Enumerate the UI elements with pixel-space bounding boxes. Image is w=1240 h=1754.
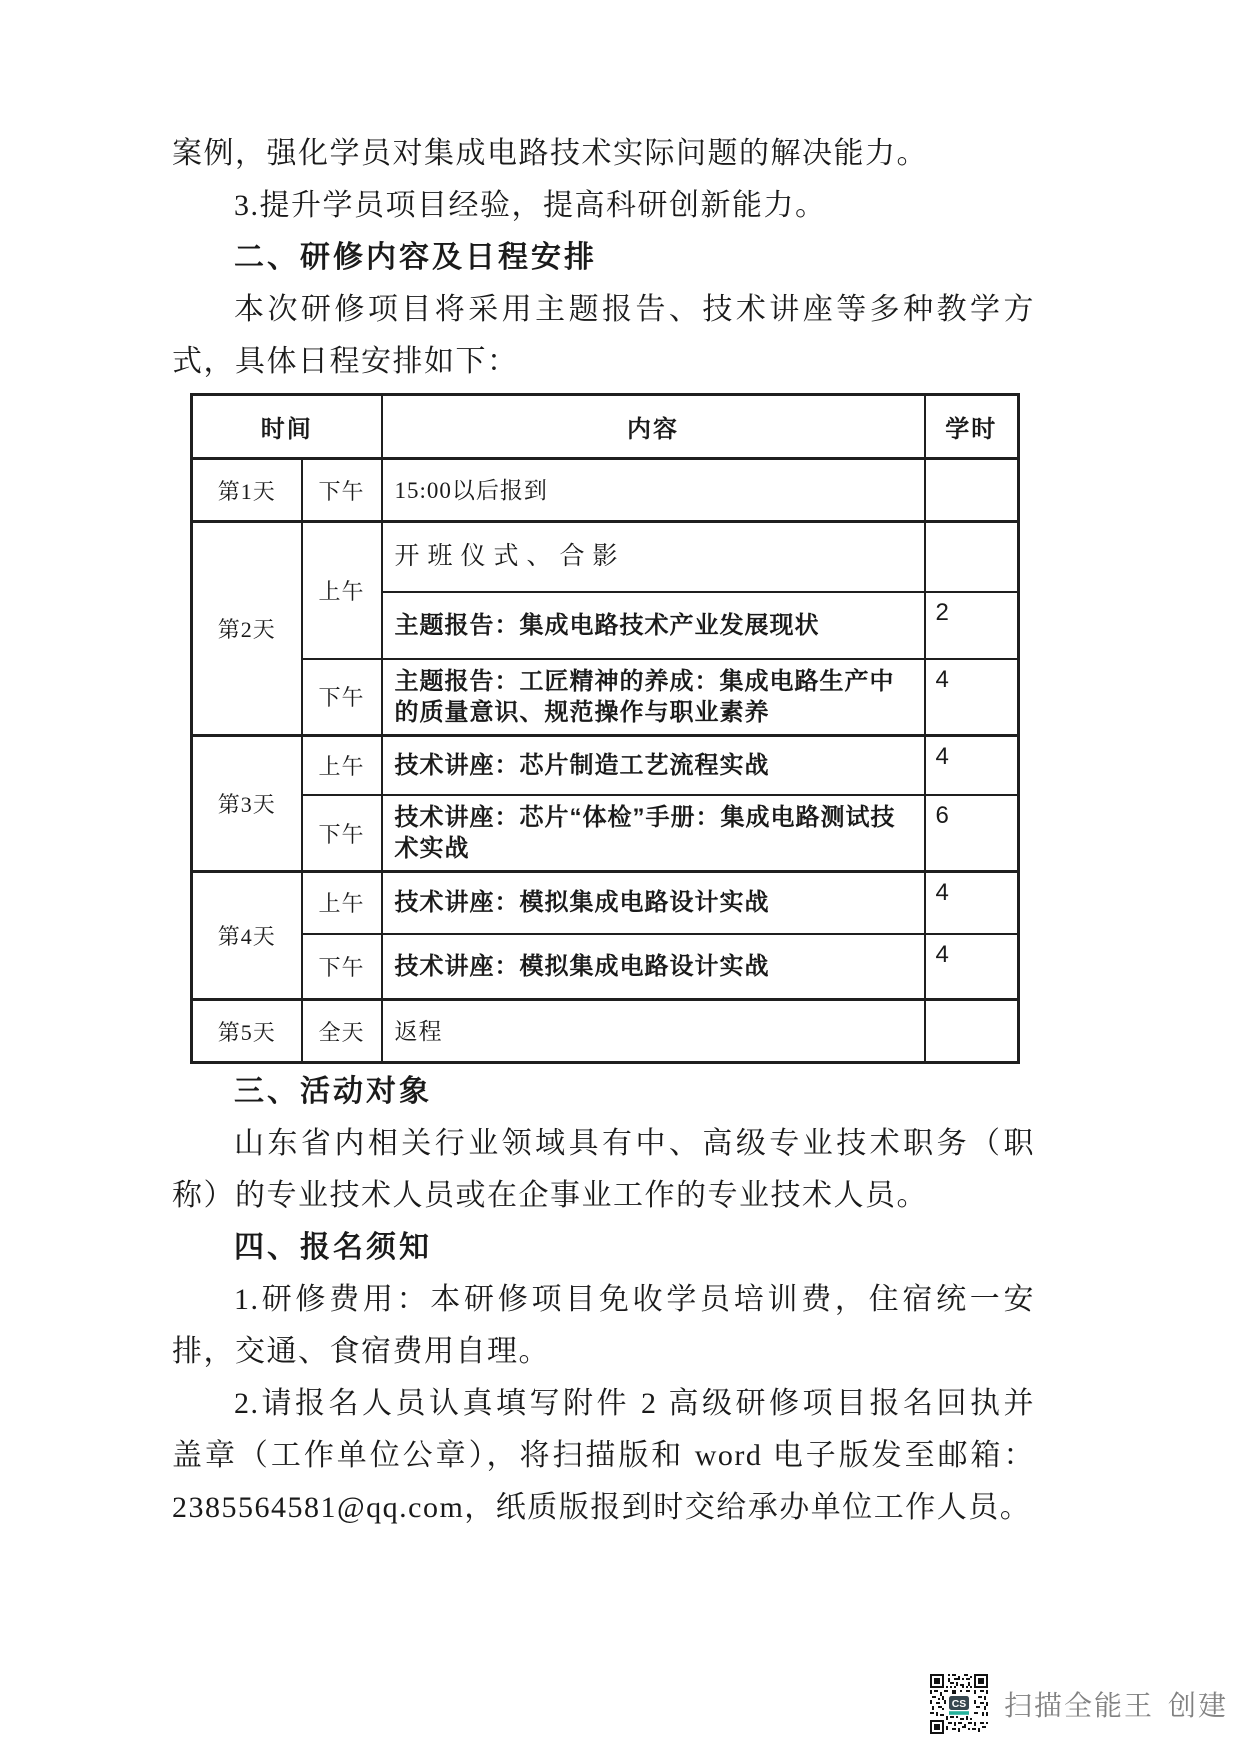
schedule-cell-hours bbox=[925, 1000, 1019, 1063]
schedule-table: 时间 内容 学时 第1天 下午 15:00以后报到 第2天 上午 开班仪式、合影… bbox=[190, 393, 1020, 1064]
schedule-cell-hours: 4 bbox=[925, 872, 1019, 934]
qr-cs-badge-label: CS bbox=[952, 1699, 967, 1710]
schedule-cell-content: 主题报告：集成电路技术产业发展现状 bbox=[382, 592, 925, 659]
schedule-cell-session: 上午 bbox=[302, 735, 382, 795]
schedule-cell-content: 技术讲座：模拟集成电路设计实战 bbox=[382, 934, 925, 1000]
body-line: 排，交通、食宿费用自理。 bbox=[172, 1326, 1035, 1378]
body-line: 案例，强化学员对集成电路技术实际问题的解决能力。 bbox=[172, 128, 1035, 180]
body-line: 1.研修费用：本研修项目免收学员培训费，住宿统一安 bbox=[172, 1274, 1035, 1326]
schedule-header-content: 内容 bbox=[382, 395, 925, 459]
scanned-document-page: 案例，强化学员对集成电路技术实际问题的解决能力。 3.提升学员项目经验，提高科研… bbox=[0, 0, 1240, 1754]
schedule-cell-hours: 4 bbox=[925, 934, 1019, 1000]
body-line: 式，具体日程安排如下： bbox=[172, 336, 1035, 388]
schedule-cell-content: 技术讲座：模拟集成电路设计实战 bbox=[382, 872, 925, 934]
schedule-cell-session: 下午 bbox=[302, 659, 382, 736]
body-line: 山东省内相关行业领域具有中、高级专业技术职务（职 bbox=[172, 1118, 1035, 1170]
body-line: 盖章（工作单位公章），将扫描版和 word 电子版发至邮箱： bbox=[172, 1430, 1035, 1482]
schedule-cell-day: 第5天 bbox=[192, 1000, 302, 1063]
schedule-cell-session: 全天 bbox=[302, 1000, 382, 1063]
schedule-cell-content: 开班仪式、合影 bbox=[382, 522, 925, 592]
schedule-cell-day: 第3天 bbox=[192, 735, 302, 872]
schedule-cell-session: 下午 bbox=[302, 795, 382, 872]
body-line: 3.提升学员项目经验，提高科研创新能力。 bbox=[172, 180, 1035, 232]
schedule-cell-session: 上午 bbox=[302, 522, 382, 659]
schedule-cell-hours bbox=[925, 522, 1019, 592]
schedule-cell-content: 15:00以后报到 bbox=[382, 459, 925, 522]
qr-code-icon: CS bbox=[930, 1674, 988, 1734]
schedule-cell-session: 上午 bbox=[302, 872, 382, 934]
section-heading-2: 二、研修内容及日程安排 bbox=[172, 232, 1035, 284]
body-line: 称）的专业技术人员或在企事业工作的专业技术人员。 bbox=[172, 1170, 1035, 1222]
qr-cs-badge-bar bbox=[949, 1711, 969, 1715]
watermark-created-label: 创建 bbox=[1168, 1684, 1228, 1724]
document-body: 案例，强化学员对集成电路技术实际问题的解决能力。 3.提升学员项目经验，提高科研… bbox=[0, 0, 1240, 1534]
schedule-cell-content: 技术讲座：芯片制造工艺流程实战 bbox=[382, 735, 925, 795]
schedule-cell-hours bbox=[925, 459, 1019, 522]
schedule-cell-content: 技术讲座：芯片“体检”手册：集成电路测试技术实战 bbox=[382, 795, 925, 872]
section-heading-3: 三、活动对象 bbox=[172, 1066, 1035, 1118]
schedule-header-time: 时间 bbox=[192, 395, 382, 459]
schedule-cell-day: 第2天 bbox=[192, 522, 302, 736]
body-line: 本次研修项目将采用主题报告、技术讲座等多种教学方 bbox=[172, 284, 1035, 336]
body-line: 2.请报名人员认真填写附件 2 高级研修项目报名回执并 bbox=[172, 1378, 1035, 1430]
schedule-cell-day: 第1天 bbox=[192, 459, 302, 522]
schedule-cell-hours: 2 bbox=[925, 592, 1019, 659]
schedule-cell-content: 返程 bbox=[382, 1000, 925, 1063]
watermark-app-name: 扫描全能王 bbox=[1004, 1684, 1154, 1724]
section-heading-4: 四、报名须知 bbox=[172, 1222, 1035, 1274]
body-line: 2385564581@qq.com，纸质版报到时交给承办单位工作人员。 bbox=[172, 1482, 1035, 1534]
schedule-cell-session: 下午 bbox=[302, 459, 382, 522]
camscanner-watermark: CS 扫描全能王 创建 bbox=[930, 1674, 1228, 1734]
schedule-cell-hours: 6 bbox=[925, 795, 1019, 872]
schedule-cell-day: 第4天 bbox=[192, 872, 302, 1000]
schedule-header-hours: 学时 bbox=[925, 395, 1019, 459]
schedule-cell-content: 主题报告：工匠精神的养成：集成电路生产中的质量意识、规范操作与职业素养 bbox=[382, 659, 925, 736]
schedule-cell-hours: 4 bbox=[925, 659, 1019, 736]
schedule-cell-session: 下午 bbox=[302, 934, 382, 1000]
schedule-cell-hours: 4 bbox=[925, 735, 1019, 795]
watermark-text: 扫描全能王 创建 bbox=[1004, 1684, 1228, 1724]
